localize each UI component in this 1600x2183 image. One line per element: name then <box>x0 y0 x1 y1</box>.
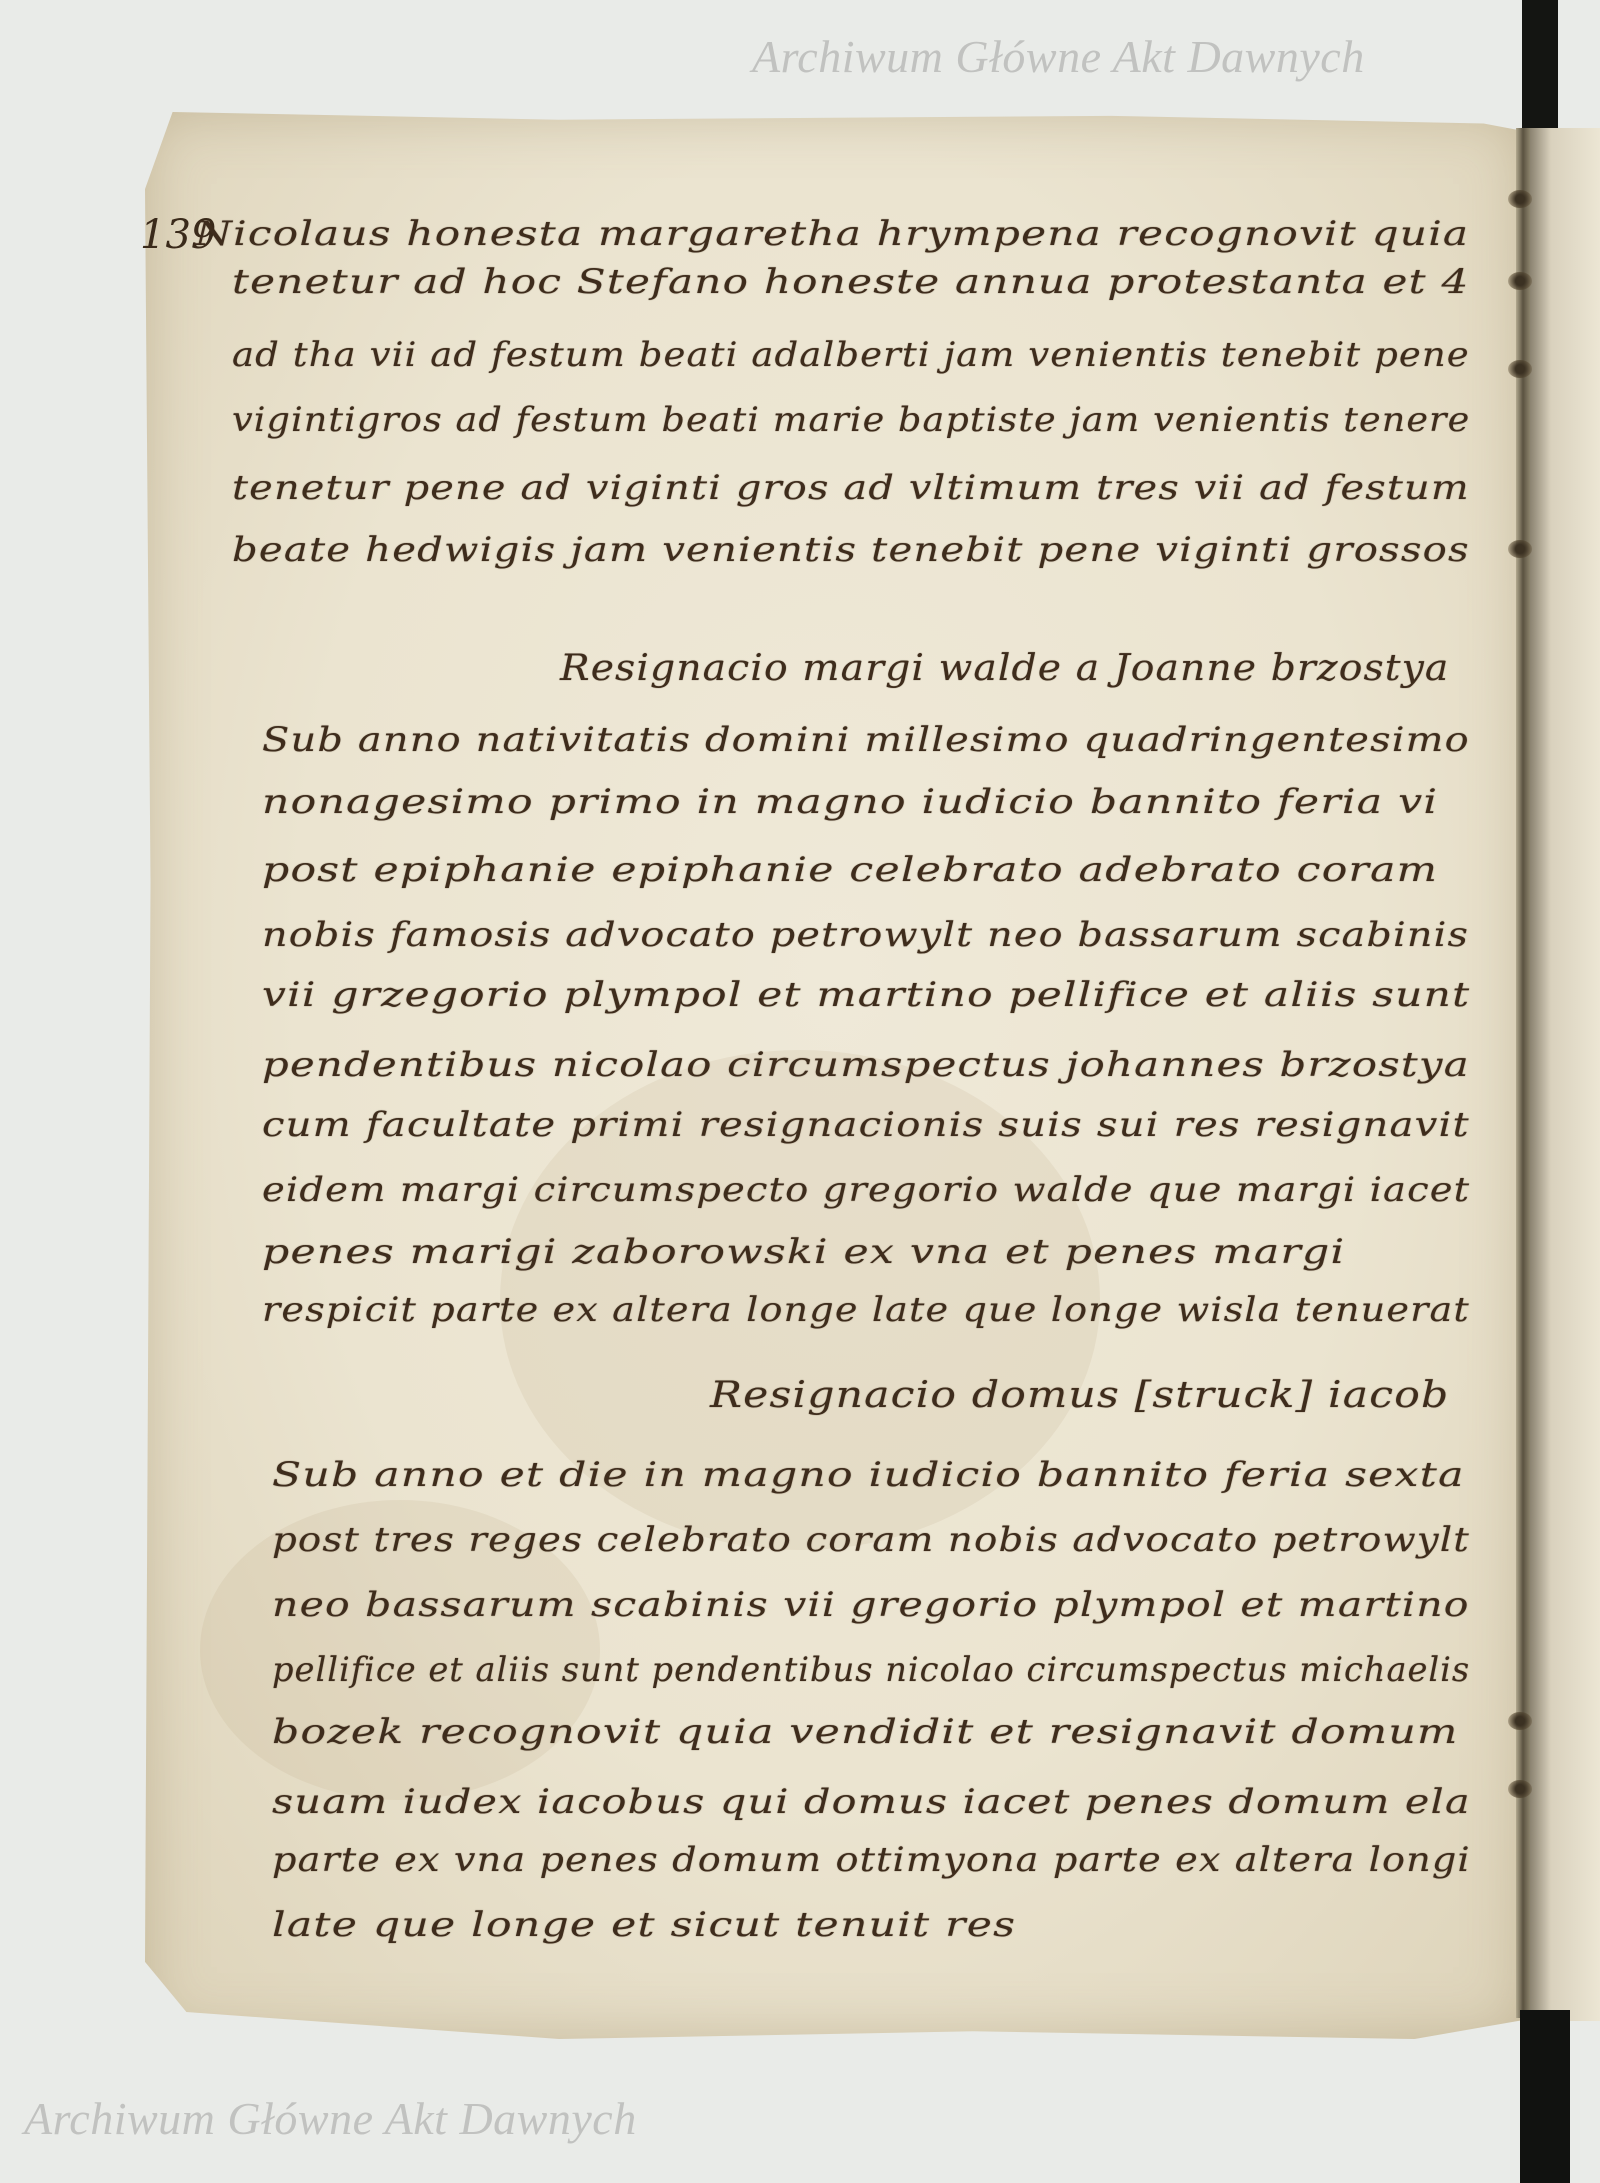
text-line: pendentibus nicolao circumspectus johann… <box>262 1045 1470 1085</box>
text-line: cum facultate primi resignacionis suis s… <box>262 1105 1470 1145</box>
text-line: eidem margi circumspecto gregorio walde … <box>262 1170 1470 1210</box>
text-line: vigintigros ad festum beati marie baptis… <box>232 400 1470 440</box>
text-line: ad tha vii ad festum beati adalberti jam… <box>232 335 1470 375</box>
section-heading: Resignacio domus [struck] iacob <box>710 1375 1449 1416</box>
archive-watermark-bottom: Archiwum Główne Akt Dawnych <box>24 2092 637 2145</box>
text-line: vii grzegorio plympol et martino pellifi… <box>262 975 1470 1015</box>
text-line: tenetur ad hoc Stefano honeste annua pro… <box>232 262 1469 302</box>
text-line: Sub anno nativitatis domini millesimo qu… <box>262 720 1470 760</box>
text-line: pellifice et aliis sunt pendentibus nico… <box>272 1650 1470 1690</box>
text-line: parte ex vna penes domum ottimyona parte… <box>272 1840 1471 1880</box>
text-line: post epiphanie epiphanie celebrato adebr… <box>262 850 1438 890</box>
text-line: late que longe et sicut tenuit res <box>272 1905 1016 1945</box>
text-line: neo bassarum scabinis vii gregorio plymp… <box>272 1585 1470 1625</box>
text-line: respicit parte ex altera longe late que … <box>262 1290 1470 1330</box>
text-line: bozek recognovit quia vendidit et resign… <box>272 1712 1459 1752</box>
section-heading: Resignacio margi walde a Joanne brzostya <box>560 648 1449 689</box>
text-line: penes marigi zaborowski ex vna et penes … <box>262 1232 1345 1272</box>
text-line: tenetur pene ad viginti gros ad vltimum … <box>232 468 1470 508</box>
manuscript-text: 139 Nicolaus honesta margaretha hrympena… <box>0 0 1600 2183</box>
text-line: nonagesimo primo in magno iudicio bannit… <box>262 782 1438 822</box>
text-line: beate hedwigis jam venientis tenebit pen… <box>232 530 1470 570</box>
text-line: nobis famosis advocato petrowylt neo bas… <box>262 915 1469 955</box>
archive-watermark-top: Archiwum Główne Akt Dawnych <box>752 30 1365 83</box>
text-line: suam iudex iacobus qui domus iacet penes… <box>272 1782 1471 1822</box>
text-line: Sub anno et die in magno iudicio bannito… <box>272 1455 1465 1495</box>
text-line: post tres reges celebrato coram nobis ad… <box>272 1520 1470 1560</box>
text-line: Nicolaus honesta margaretha hrympena rec… <box>195 214 1469 254</box>
